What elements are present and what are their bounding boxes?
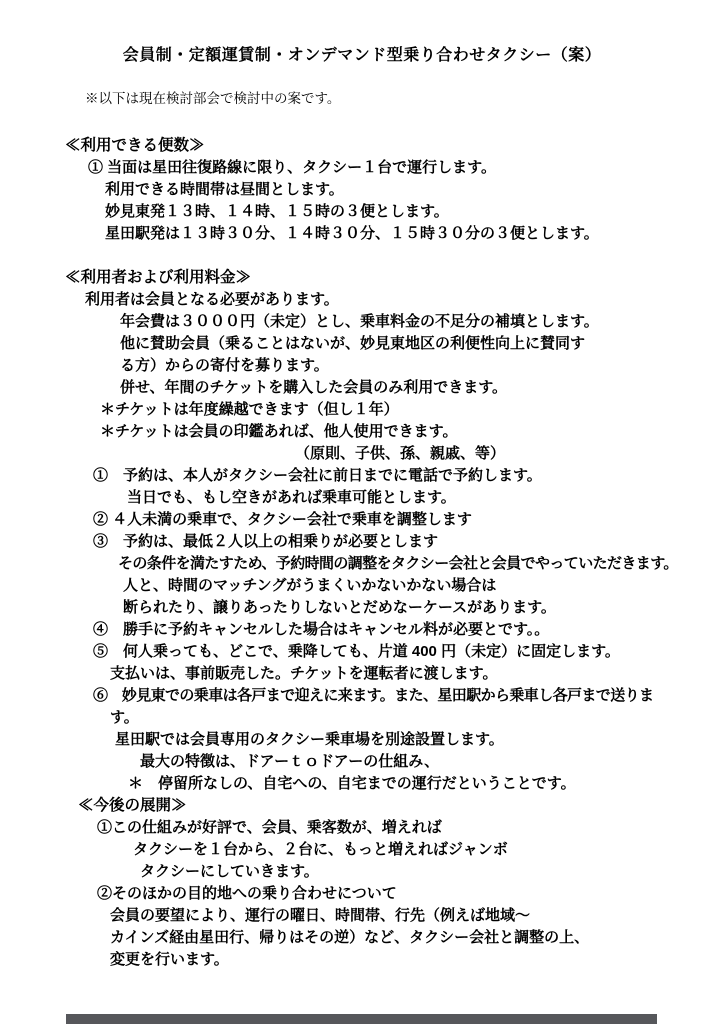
doc-line: 星田駅発は１３時３０分、１４時３０分、１５時３０分の３便とします。: [0, 223, 724, 245]
doc-line: 断られたり、譲りあったりしないとだめなーケースがあります。: [0, 597, 724, 619]
doc-line: 支払いは、事前販売した。チケットを運転者に渡します。: [0, 663, 724, 685]
doc-line: ①この仕組みが好評で、会員、乗客数が、増えれば: [0, 817, 724, 839]
doc-line: 利用できる時間帯は昼間とします。: [0, 179, 724, 201]
doc-line: 星田駅では会員専用のタクシー乗車場を別途設置します。: [0, 729, 724, 751]
doc-line: タクシーにしていきます。: [0, 861, 724, 883]
doc-line: る方）からの寄付を募ります。: [0, 355, 724, 377]
doc-line: 他に賛助会員（乗ることはないが、妙見東地区の利便性向上に賛同す: [0, 333, 724, 355]
doc-line: す。: [0, 707, 724, 729]
doc-line: 変更を行います。: [0, 949, 724, 971]
doc-line: 併せ、年間のチケットを購入した会員のみ利用できます。: [0, 377, 724, 399]
doc-line: 人と、時間のマッチングがうまくいかないかない場合は: [0, 575, 724, 597]
doc-line: ＊ 停留所なしの、自宅への、自宅までの運行だということです。: [0, 773, 724, 795]
doc-line: ＊チケットは会員の印鑑あれば、他人使用できます。: [0, 421, 724, 443]
doc-line: ⑤ 何人乗っても、どこで、乗降しても、片道 400 円（未定）に固定します。: [0, 641, 724, 663]
doc-line: ④ 勝手に予約キャンセルした場合はキャンセル料が必要とです。。: [0, 619, 724, 641]
doc-line: ⑥ 妙見東での乗車は各戸まで迎えに来ます。また、星田駅から乗車し各戸まで送りま: [0, 685, 724, 707]
doc-line: （原則、子供、孫、親戚、等）: [0, 443, 724, 465]
doc-line: 年会費は３０００円（未定）とし、乗車料金の不足分の補填とします。: [0, 311, 724, 333]
page-bottom-bar: [66, 1014, 657, 1024]
doc-line: 最大の特徴は、ドアーｔｏドアーの仕組み、: [0, 751, 724, 773]
section-heading-available-runs: ≪利用できる便数≫: [0, 135, 724, 157]
section-heading-users-and-fares: ≪利用者および利用料金≫: [0, 267, 724, 289]
doc-line: 当日でも、もし空きがあれば乗車可能とします。: [0, 487, 724, 509]
doc-line: ＊チケットは年度繰越できます（但し１年）: [0, 399, 724, 421]
doc-line: カインズ経由星田行、帰りはその逆）など、タクシー会社と調整の上、: [0, 927, 724, 949]
doc-line: 利用者は会員となる必要があります。: [0, 289, 724, 311]
doc-line: その条件を満たすため、予約時間の調整をタクシー会社と会員でやっていただきます。: [0, 553, 724, 575]
doc-line: 妙見東発１３時、１４時、１５時の３便とします。: [0, 201, 724, 223]
doc-title: 会員制・定額運賃制・オンデマンド型乗り合わせタクシー（案）: [0, 44, 724, 68]
doc-line: 会員の要望により、運行の曜日、時間帯、行先（例えば地域～: [0, 905, 724, 927]
doc-line: ③ 予約は、最低２人以上の相乗りが必要とします: [0, 531, 724, 553]
doc-line: ① 予約は、本人がタクシー会社に前日までに電話で予約します。: [0, 465, 724, 487]
doc-line: ① 当面は星田往復路線に限り、タクシー１台で運行します。: [0, 157, 724, 179]
doc-note: ※以下は現在検討部会で検討中の案です。: [0, 88, 724, 110]
document-page: 会員制・定額運賃制・オンデマンド型乗り合わせタクシー（案） ※以下は現在検討部会…: [0, 0, 724, 1024]
section-heading-future-development: ≪今後の展開≫: [0, 795, 724, 817]
doc-line: ② ４人未満の乗車で、タクシー会社で乗車を調整します: [0, 509, 724, 531]
doc-line: タクシーを１台から、２台に、もっと増えればジャンボ: [0, 839, 724, 861]
doc-line: ②そのほかの目的地への乗り合わせについて: [0, 883, 724, 905]
